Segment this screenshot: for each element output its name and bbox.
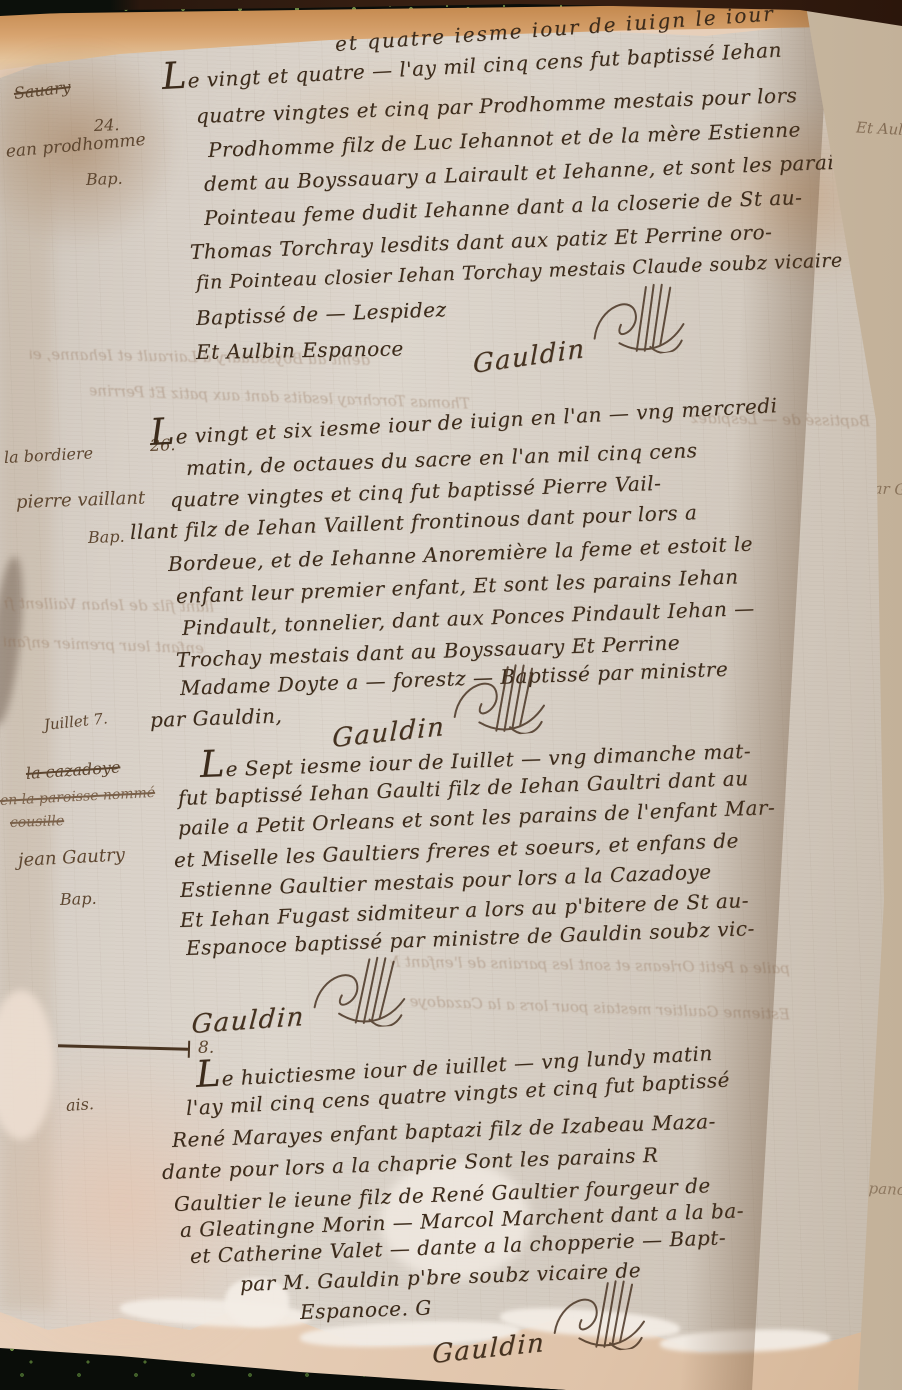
- manuscript-line: Et Aulbin Espanoce: [196, 338, 404, 362]
- margin-note: pierre vaillant: [16, 489, 146, 511]
- manuscript-line: Espanoce. G: [300, 1297, 432, 1322]
- signature-flourish-icon: [443, 657, 550, 741]
- manuscript-line: par Gauldin,: [150, 705, 283, 730]
- margin-note: cousille: [10, 814, 65, 830]
- signature-flourish-icon: [305, 951, 410, 1032]
- manuscript-photo: demt au Boyssauary a Lairault et Iehanne…: [0, 0, 902, 1390]
- margin-note: Bap.: [88, 529, 125, 546]
- margin-note: Bap.: [60, 891, 97, 908]
- margin-note: la bordiere: [4, 445, 94, 466]
- margin-note: Bap.: [86, 171, 123, 188]
- signature-flourish-icon: [543, 1273, 650, 1357]
- signature-flourish-icon: [581, 276, 690, 363]
- signature-block: Gauldin: [187, 951, 409, 1040]
- next-page-text-fragment: Et Aulbin Espanoce: [856, 118, 902, 139]
- margin-note: ais.: [65, 1096, 94, 1114]
